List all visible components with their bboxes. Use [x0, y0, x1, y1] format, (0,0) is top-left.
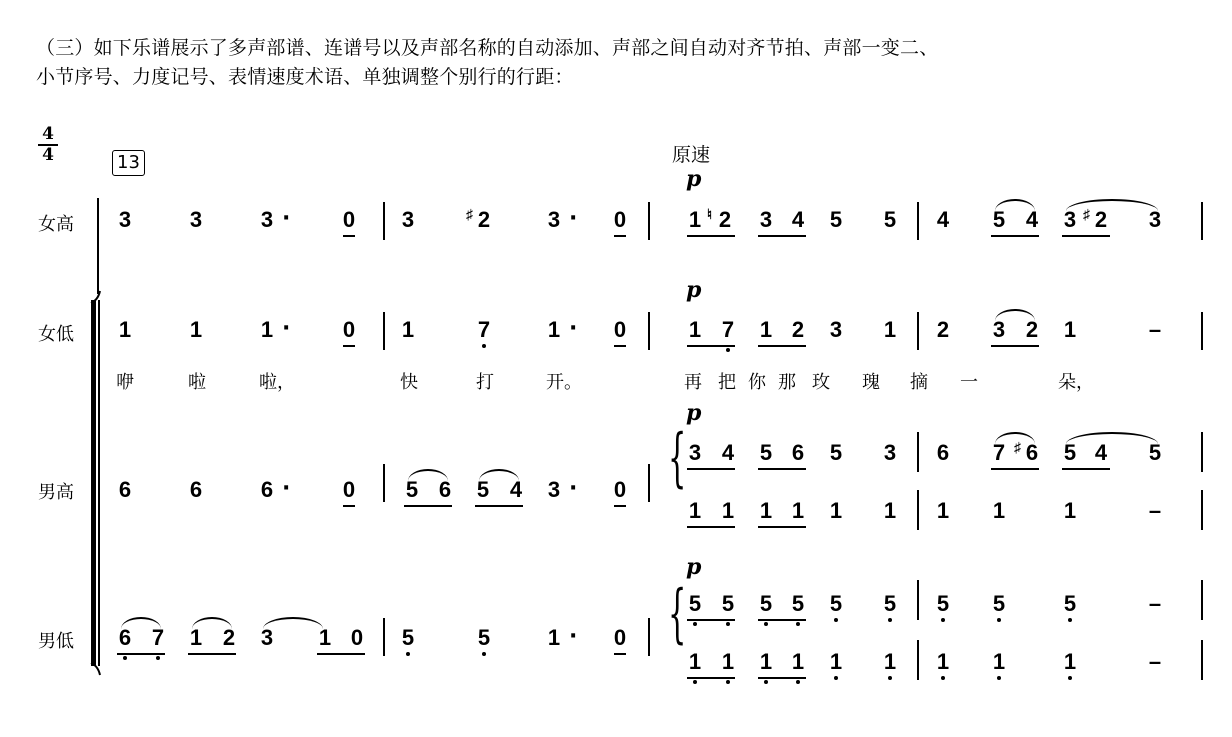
note: 1	[935, 499, 951, 523]
natural-icon: ♮	[707, 202, 712, 226]
augmentation-dot: ·	[282, 206, 290, 231]
note: 7	[991, 441, 1007, 465]
note: 0	[349, 626, 365, 650]
low-octave-dot	[693, 680, 697, 684]
slur	[479, 469, 519, 481]
barline	[917, 580, 919, 620]
slur	[1066, 432, 1158, 444]
note: 6	[790, 441, 806, 465]
barline	[917, 202, 919, 240]
eighth-underline	[188, 653, 236, 655]
low-octave-dot	[482, 652, 486, 656]
note: 5	[790, 592, 806, 616]
intro-text: （三）如下乐谱展示了多声部谱、连谱号以及声部名称的自动添加、声部之间自动对齐节拍…	[36, 34, 938, 92]
eighth-underline	[614, 653, 626, 655]
intro-line-2: 小节序号、力度记号、表情速度术语、单独调整个别行的行距：	[36, 63, 938, 92]
note: 5	[991, 592, 1007, 616]
lyric-syllable: 打	[476, 368, 494, 394]
note: 5	[991, 208, 1007, 232]
barline	[917, 640, 919, 680]
note: 1	[991, 650, 1007, 674]
note: 1	[720, 650, 736, 674]
slur	[1066, 199, 1158, 211]
measure-number-box: 13	[112, 150, 145, 176]
time-signature: 4 4	[38, 126, 58, 164]
low-octave-dot	[941, 676, 945, 680]
slur	[408, 469, 448, 481]
note: 3	[1062, 208, 1078, 232]
note: 1	[259, 318, 275, 342]
intro-line-1: （三）如下乐谱展示了多声部谱、连谱号以及声部名称的自动添加、声部之间自动对齐节拍…	[36, 34, 938, 63]
note: 1	[1062, 499, 1078, 523]
eighth-underline	[614, 235, 626, 237]
lyric-syllable: 摘	[910, 368, 928, 394]
voice-name-tenor: 男高	[38, 478, 74, 504]
note: 5	[882, 592, 898, 616]
note: 3	[1147, 208, 1163, 232]
eighth-underline	[1062, 235, 1110, 237]
eighth-underline	[687, 345, 735, 347]
eighth-underline	[404, 505, 452, 507]
note: 1	[546, 626, 562, 650]
note: 3	[117, 208, 133, 232]
note: 1	[687, 318, 703, 342]
note: 1	[188, 318, 204, 342]
note: 1	[1062, 318, 1078, 342]
eighth-underline	[758, 468, 806, 470]
eighth-underline	[758, 235, 806, 237]
low-octave-dot	[764, 622, 768, 626]
low-octave-dot	[997, 618, 1001, 622]
eighth-underline	[991, 468, 1039, 470]
barline	[383, 464, 385, 502]
augmentation-dot: ·	[282, 316, 290, 341]
eighth-underline	[343, 505, 355, 507]
note: 1	[317, 626, 333, 650]
eighth-underline	[343, 235, 355, 237]
dynamic-p-soprano: p	[686, 168, 701, 190]
low-octave-dot	[834, 676, 838, 680]
note: 5	[720, 592, 736, 616]
bracket-bottom-hook	[88, 662, 108, 676]
note: 5	[400, 626, 416, 650]
tempo-marking: 原速	[672, 140, 710, 167]
augmentation-dot: ·	[569, 316, 577, 341]
barline	[1201, 580, 1203, 620]
low-octave-dot	[156, 656, 160, 660]
time-signature-numerator: 4	[38, 126, 58, 143]
split-brace-bass: {	[668, 582, 686, 646]
dash-extension: –	[1147, 592, 1163, 616]
low-octave-dot	[693, 622, 697, 626]
voice-name-bass: 男低	[38, 627, 74, 653]
note: 1	[758, 650, 774, 674]
note: 4	[720, 441, 736, 465]
eighth-underline	[991, 345, 1039, 347]
lyric-syllable: 再	[684, 368, 702, 394]
barline	[1201, 432, 1203, 472]
note: 5	[828, 592, 844, 616]
note: 1	[882, 499, 898, 523]
time-signature-denominator: 4	[38, 147, 58, 164]
dynamic-p-bass: p	[686, 556, 701, 578]
note: 2♯	[1093, 208, 1109, 232]
eighth-underline	[687, 619, 735, 621]
note: 4	[508, 478, 524, 502]
slur	[995, 309, 1035, 321]
note: 0	[341, 208, 357, 232]
lyric-syllable: 瑰	[862, 368, 880, 394]
note: 3	[687, 441, 703, 465]
lyric-syllable: 快	[400, 368, 418, 394]
barline	[1201, 490, 1203, 530]
note: 3	[882, 441, 898, 465]
note: 3	[188, 208, 204, 232]
note: 7	[150, 626, 166, 650]
low-octave-dot	[123, 656, 127, 660]
eighth-underline	[687, 526, 735, 528]
eighth-underline	[687, 677, 735, 679]
barline	[917, 312, 919, 350]
barline	[383, 202, 385, 240]
note: 5	[758, 592, 774, 616]
note: 3	[546, 208, 562, 232]
note: 5	[828, 441, 844, 465]
note: 6	[117, 478, 133, 502]
note: 1	[400, 318, 416, 342]
note: 1	[882, 650, 898, 674]
eighth-underline	[991, 235, 1039, 237]
note: 5	[404, 478, 420, 502]
note: 4	[1093, 441, 1109, 465]
eighth-underline	[758, 345, 806, 347]
note: 2	[790, 318, 806, 342]
note: 0	[341, 318, 357, 342]
note: 1	[935, 650, 951, 674]
barline	[1201, 640, 1203, 680]
note: 2	[1024, 318, 1040, 342]
note: 5	[1062, 441, 1078, 465]
note: 3	[259, 208, 275, 232]
eighth-underline	[614, 345, 626, 347]
note: 2♮	[717, 208, 733, 232]
sharp-icon: ♯	[466, 202, 473, 226]
lyric-syllable: 啦，	[259, 368, 295, 394]
note: 1	[758, 499, 774, 523]
note: 1	[188, 626, 204, 650]
eighth-underline	[614, 505, 626, 507]
note: 2	[935, 318, 951, 342]
low-octave-dot	[834, 618, 838, 622]
low-octave-dot	[997, 676, 1001, 680]
eighth-underline	[475, 505, 523, 507]
note: 6	[935, 441, 951, 465]
note: 6♯	[1024, 441, 1040, 465]
choir-bracket	[91, 300, 96, 666]
note: 5	[882, 208, 898, 232]
barline	[1201, 202, 1203, 240]
augmentation-dot: ·	[569, 624, 577, 649]
lyric-syllable: 朵，	[1058, 368, 1094, 394]
slur	[263, 617, 323, 629]
lyric-syllable: 一	[960, 368, 978, 394]
note: 1	[790, 499, 806, 523]
note: 5	[828, 208, 844, 232]
lyric-syllable: 玫	[812, 368, 830, 394]
low-octave-dot	[796, 622, 800, 626]
note: 4	[935, 208, 951, 232]
voice-name-alto: 女低	[38, 320, 74, 346]
lyric-syllable: 开。	[546, 368, 582, 394]
augmentation-dot: ·	[569, 206, 577, 231]
barline	[648, 312, 650, 350]
eighth-underline	[758, 677, 806, 679]
lyric-syllable: 咿	[116, 368, 134, 394]
dynamic-p-alto: p	[686, 279, 701, 301]
low-octave-dot	[888, 676, 892, 680]
note: 5	[1062, 592, 1078, 616]
barline	[383, 312, 385, 350]
note: 2	[221, 626, 237, 650]
note: 5	[758, 441, 774, 465]
choir-bracket-inner	[98, 300, 100, 666]
barline	[648, 618, 650, 656]
dash-extension: –	[1147, 650, 1163, 674]
note: 1	[758, 318, 774, 342]
note: 0	[612, 478, 628, 502]
low-octave-dot	[726, 680, 730, 684]
low-octave-dot	[888, 618, 892, 622]
note: 0	[612, 208, 628, 232]
low-octave-dot	[726, 348, 730, 352]
note: 3	[546, 478, 562, 502]
note: 3	[828, 318, 844, 342]
note: 1	[828, 499, 844, 523]
note: 5	[476, 626, 492, 650]
note: 4	[1024, 208, 1040, 232]
low-octave-dot	[482, 344, 486, 348]
low-octave-dot	[941, 618, 945, 622]
note: 1	[991, 499, 1007, 523]
barline	[1201, 312, 1203, 350]
low-octave-dot	[796, 680, 800, 684]
dash-extension: –	[1147, 318, 1163, 342]
note: 3	[758, 208, 774, 232]
note: 0	[612, 318, 628, 342]
note: 1	[828, 650, 844, 674]
slur	[995, 432, 1035, 444]
system-line	[97, 198, 99, 294]
eighth-underline	[317, 653, 365, 655]
barline	[917, 432, 919, 472]
lyric-syllable: 你	[748, 368, 766, 394]
bracket-top-hook	[88, 290, 108, 304]
augmentation-dot: ·	[282, 476, 290, 501]
note: 1	[687, 208, 703, 232]
note: 6	[437, 478, 453, 502]
lyric-syllable: 把	[718, 368, 736, 394]
slur	[121, 617, 161, 629]
lyric-syllable: 啦	[188, 368, 206, 394]
note: 1	[687, 650, 703, 674]
barline	[648, 202, 650, 240]
low-octave-dot	[726, 622, 730, 626]
augmentation-dot: ·	[569, 476, 577, 501]
note: 1	[687, 499, 703, 523]
split-brace-tenor: {	[668, 426, 686, 490]
note: 7	[720, 318, 736, 342]
note: 0	[612, 626, 628, 650]
slur	[192, 617, 232, 629]
note: 6	[259, 478, 275, 502]
note: 4	[790, 208, 806, 232]
note: 1	[117, 318, 133, 342]
lyric-syllable: 那	[778, 368, 796, 394]
barline	[648, 464, 650, 502]
eighth-underline	[343, 345, 355, 347]
dash-extension: –	[1147, 499, 1163, 523]
eighth-underline	[687, 235, 735, 237]
note: 1	[1062, 650, 1078, 674]
note: 5	[687, 592, 703, 616]
eighth-underline	[117, 653, 165, 655]
note: 1	[790, 650, 806, 674]
note: 6	[117, 626, 133, 650]
note: 1	[546, 318, 562, 342]
low-octave-dot	[1068, 618, 1072, 622]
note: 1	[720, 499, 736, 523]
low-octave-dot	[1068, 676, 1072, 680]
slur	[995, 199, 1035, 211]
dynamic-p-tenor: p	[686, 402, 701, 424]
note: 5	[1147, 441, 1163, 465]
note: 1	[882, 318, 898, 342]
low-octave-dot	[406, 652, 410, 656]
note: 5	[935, 592, 951, 616]
voice-name-soprano: 女高	[38, 210, 74, 236]
note: 3	[400, 208, 416, 232]
barline	[383, 618, 385, 656]
note: 3	[991, 318, 1007, 342]
note: 3	[259, 626, 275, 650]
barline	[917, 490, 919, 530]
eighth-underline	[687, 468, 735, 470]
eighth-underline	[758, 619, 806, 621]
note: 7	[476, 318, 492, 342]
eighth-underline	[758, 526, 806, 528]
low-octave-dot	[764, 680, 768, 684]
note: 0	[341, 478, 357, 502]
note: 6	[188, 478, 204, 502]
note: 2♯	[476, 208, 492, 232]
note: 5	[475, 478, 491, 502]
eighth-underline	[1062, 468, 1110, 470]
